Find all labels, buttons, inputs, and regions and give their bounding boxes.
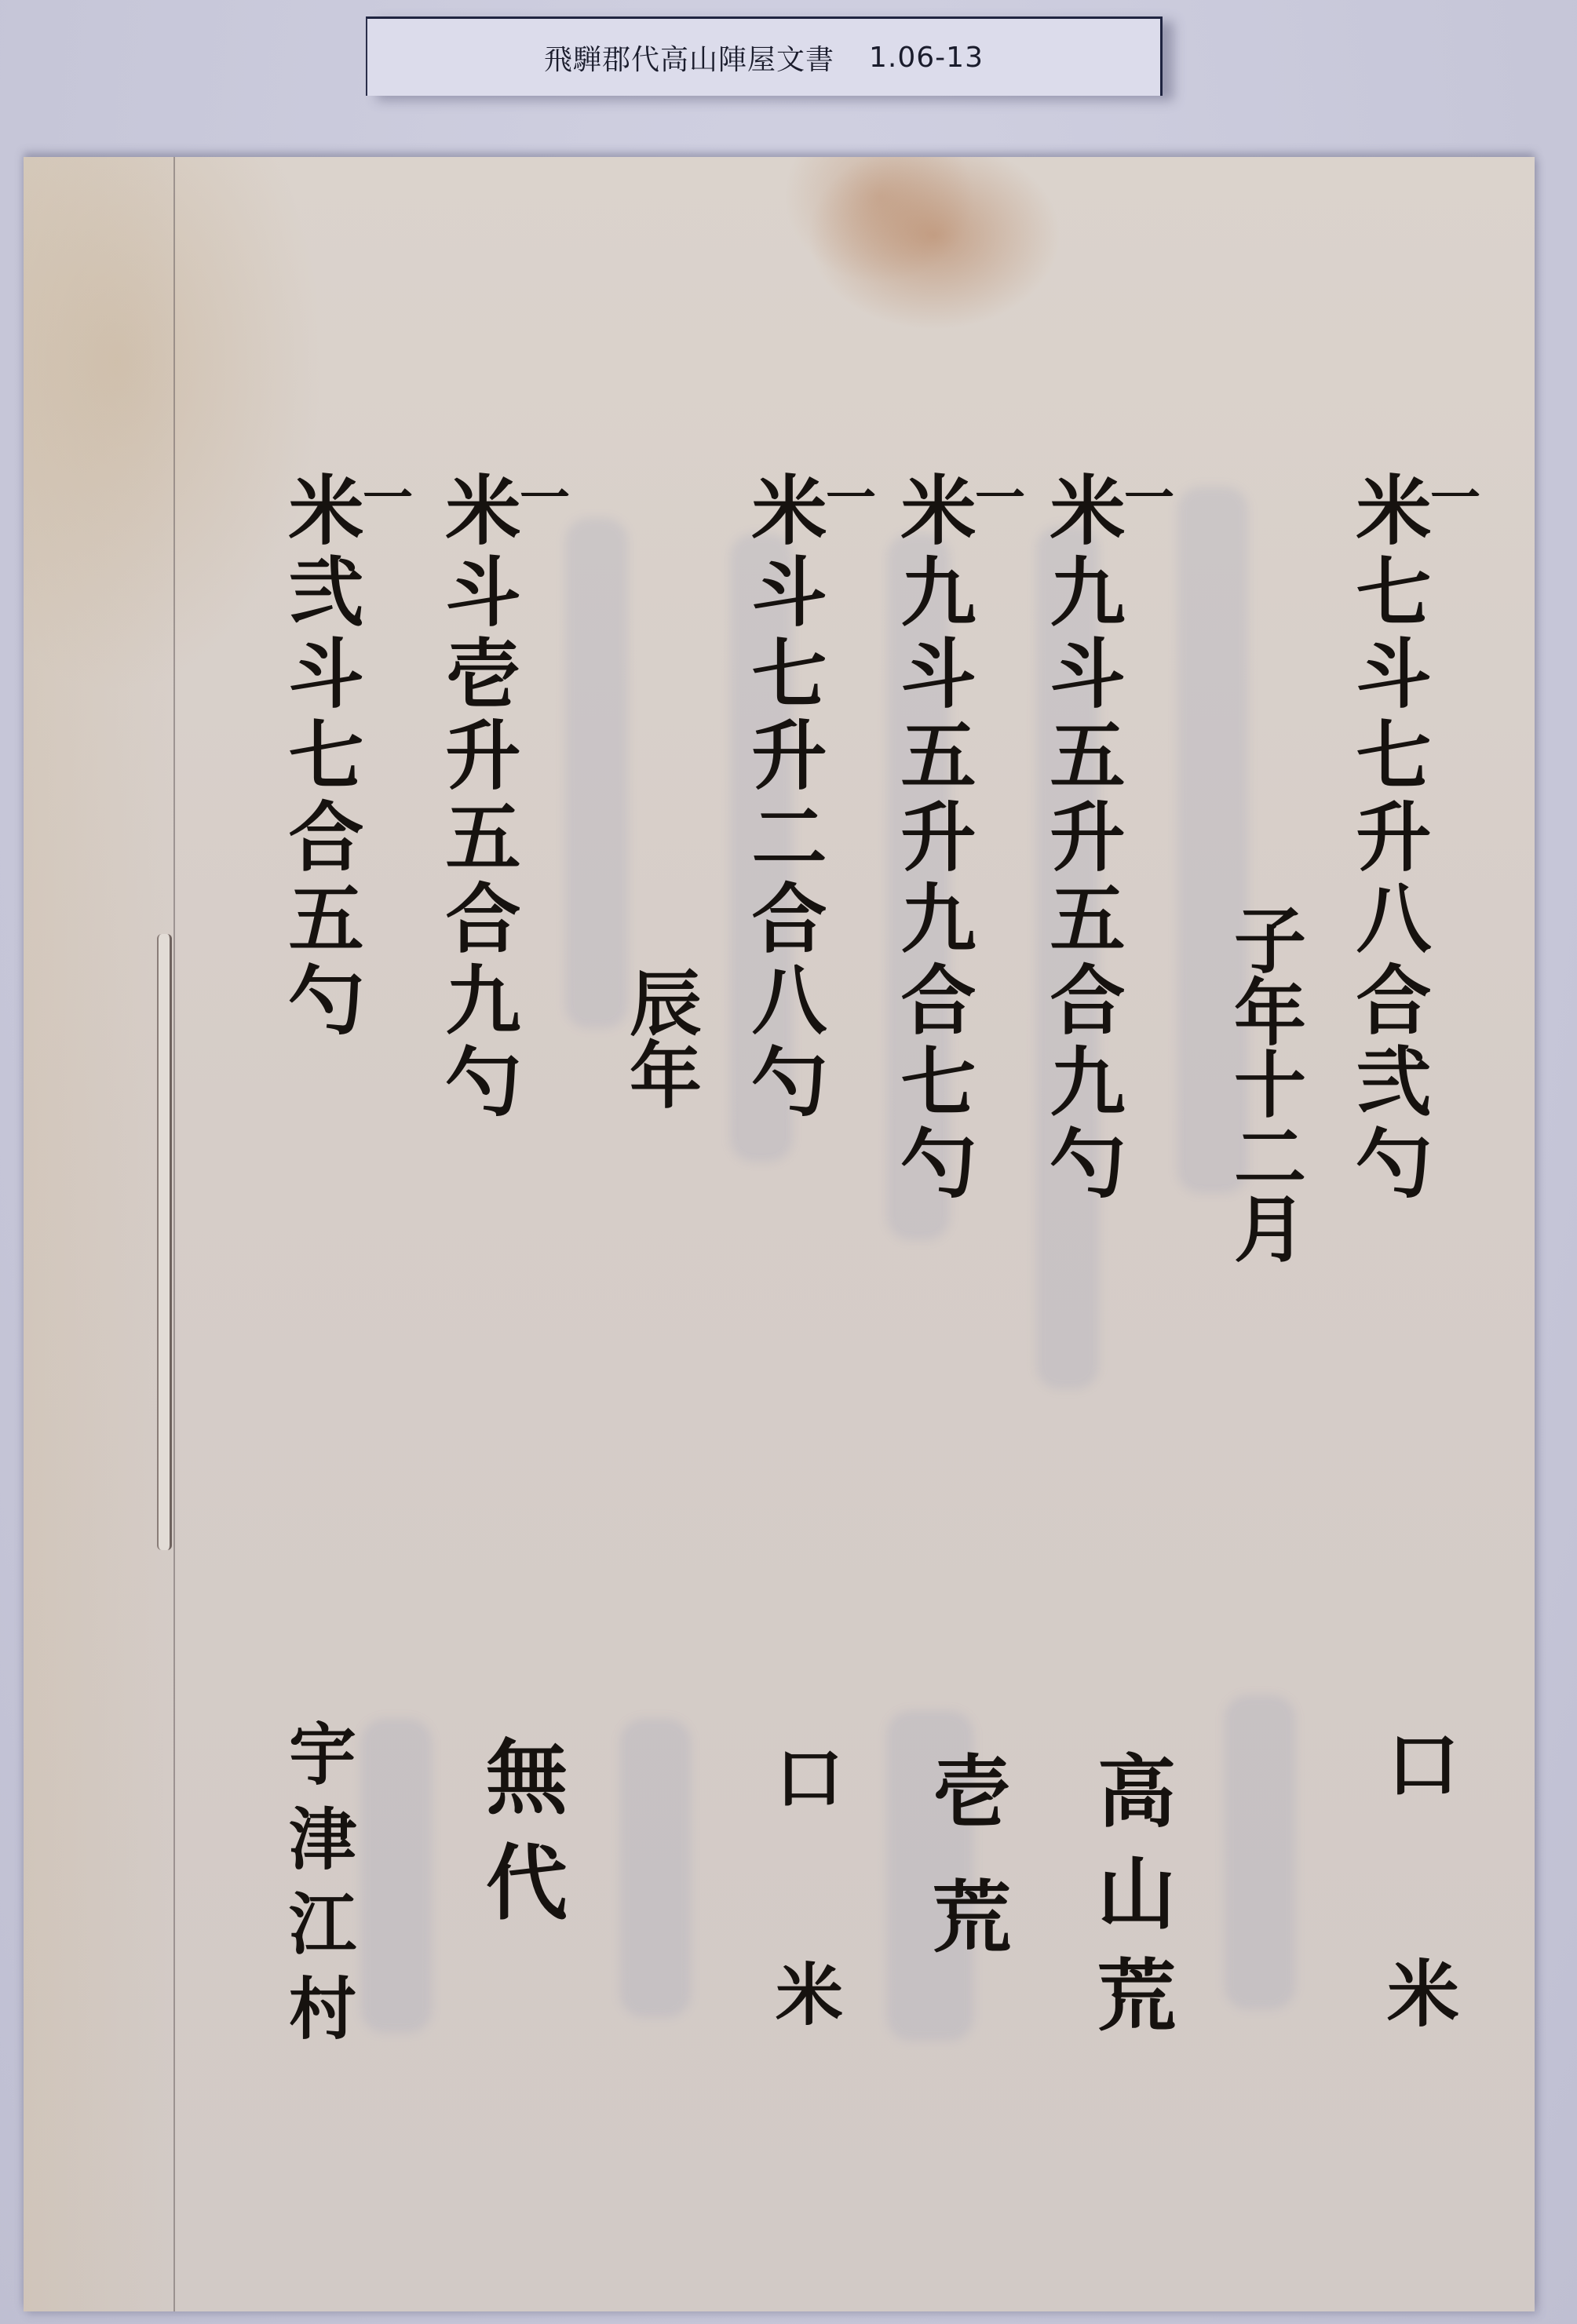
footer-text: 壱荒 [919,1750,1012,2001]
footer-column-3: 壱荒 [926,1750,1005,2001]
entry-mark: 一 [1426,471,1476,1151]
entry-text: 米斗七升二合八勺 [739,471,828,1124]
manuscript-page: 一 米七斗七升八合弐勺 子年十二月 一 米九斗五升五合九勺 一 米九斗五升九合七… [24,157,1535,2311]
binding-fold-line [173,157,175,2311]
entry-text: 米七斗七升八合弐勺 [1344,471,1433,1206]
footer-text: 高山荒 [1084,1750,1177,2056]
signature-column: 宇津江村 [283,1719,350,2058]
entry-text: 米弐斗七合五勺 [276,471,365,1042]
bleed-through-ink [565,518,628,1028]
note-column-date: 子年十二月 [1228,903,1301,1264]
binding-paper-strip [157,934,172,1550]
bleed-through-ink [1225,1695,1295,2009]
note-text: 辰年 [618,965,703,1110]
footer-text: 無代 [472,1735,568,1945]
signature-text: 宇津江村 [277,1719,356,2058]
entry-text: 米九斗五升五合九勺 [1038,471,1126,1206]
archive-label: 飛騨郡代高山陣屋文書 1.06-13 [366,16,1163,96]
note-text: 子年十二月 [1222,903,1307,1264]
note-column-year: 辰年 [624,965,696,1110]
footer-column-4: 口米 [769,1742,837,2176]
entry-column-4: 一 米斗七升二合八勺 [746,471,871,1124]
bleed-through-ink [361,1719,432,2033]
entry-mark: 一 [821,471,871,1069]
footer-column-1: 口米 [1382,1727,1454,2185]
archive-code: 1.06-13 [869,42,984,74]
footer-text: 口米 [764,1742,843,2176]
footer-column-5: 無代 [479,1735,560,1945]
entry-mark: 一 [358,471,408,987]
entry-column-1: 一 米七斗七升八合弐勺 [1350,471,1476,1206]
entry-mark: 一 [515,471,565,1069]
entry-text: 米九斗五升九合七勺 [889,471,977,1206]
footer-column-2: 高山荒 [1091,1750,1170,2056]
entry-column-5: 一 米斗壱升五合九勺 [440,471,565,1124]
entry-column-6: 一 米弐斗七合五勺 [283,471,408,1042]
entry-mark: 一 [970,471,1020,1151]
entry-column-2: 一 米九斗五升五合九勺 [1044,471,1170,1206]
entry-mark: 一 [1119,471,1170,1151]
bleed-through-ink [620,1719,691,2017]
binding-margin [24,157,173,2311]
footer-text: 口米 [1375,1727,1460,2185]
archive-title: 飛騨郡代高山陣屋文書 [544,38,834,78]
entry-column-3: 一 米九斗五升九合七勺 [895,471,1020,1206]
entry-text: 米斗壱升五合九勺 [433,471,522,1124]
